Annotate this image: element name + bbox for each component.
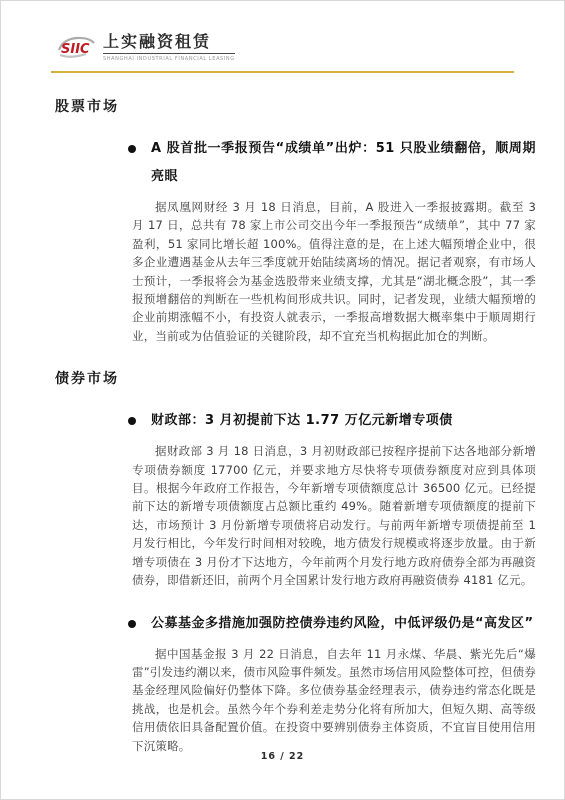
logo-wordmark: 上实融资租赁 SHANGHAI INDUSTRIAL FINANCIAL LEA… xyxy=(103,32,235,62)
news-item: 财政部：3 月初提前下达 1.77 万亿元新增专项债 xyxy=(128,407,536,435)
page-number: 16 / 22 xyxy=(261,751,305,762)
news-body: 据凤凰网财经 3 月 18 日消息，目前，A 股进入一季报披露期。截至 3 月 … xyxy=(132,198,536,345)
logo-company-name: 上实融资租赁 xyxy=(103,32,235,54)
section-bond-market: 债券市场 财政部：3 月初提前下达 1.77 万亿元新增专项债 据财政部 3 月… xyxy=(1,371,564,755)
header-divider xyxy=(51,71,514,73)
news-item: 公募基金多措施加强防控债券违约风险，中低评级仍是“高发区” xyxy=(128,610,536,638)
siic-logo-icon: SIIC xyxy=(55,35,97,61)
siic-logo-text: SIIC xyxy=(61,42,90,57)
news-headline: 公募基金多措施加强防控债券违约风险，中低评级仍是“高发区” xyxy=(151,610,534,638)
siic-logo: SIIC 上实融资租赁 SHANGHAI INDUSTRIAL FINANCIA… xyxy=(55,32,564,62)
news-body: 据财政部 3 月 18 日消息，3 月初财政部已按程序提前下达各地部分新增专项债… xyxy=(132,442,536,589)
page-header: SIIC 上实融资租赁 SHANGHAI INDUSTRIAL FINANCIA… xyxy=(1,1,564,65)
document-page: SIIC 上实融资租赁 SHANGHAI INDUSTRIAL FINANCIA… xyxy=(0,0,565,800)
section-heading-bond: 债券市场 xyxy=(55,371,564,387)
news-item: A 股首批一季报预告“成绩单”出炉：51 只股业绩翻倍，顺周期亮眼 xyxy=(128,135,536,191)
section-stock-market: 股票市场 A 股首批一季报预告“成绩单”出炉：51 只股业绩翻倍，顺周期亮眼 据… xyxy=(1,99,564,345)
bullet-icon xyxy=(128,417,136,425)
news-headline: 财政部：3 月初提前下达 1.77 万亿元新增专项债 xyxy=(151,407,453,435)
page-footer: 16 / 22 xyxy=(1,744,564,763)
section-heading-stock: 股票市场 xyxy=(55,99,564,115)
news-body: 据中国基金报 3 月 22 日消息，自去年 11 月永煤、华晨、紫光先后“爆雷”… xyxy=(132,645,536,755)
bullet-icon xyxy=(128,145,136,153)
bullet-icon xyxy=(128,620,136,628)
logo-company-name-en: SHANGHAI INDUSTRIAL FINANCIAL LEASING xyxy=(103,56,235,62)
news-headline: A 股首批一季报预告“成绩单”出炉：51 只股业绩翻倍，顺周期亮眼 xyxy=(151,135,536,191)
